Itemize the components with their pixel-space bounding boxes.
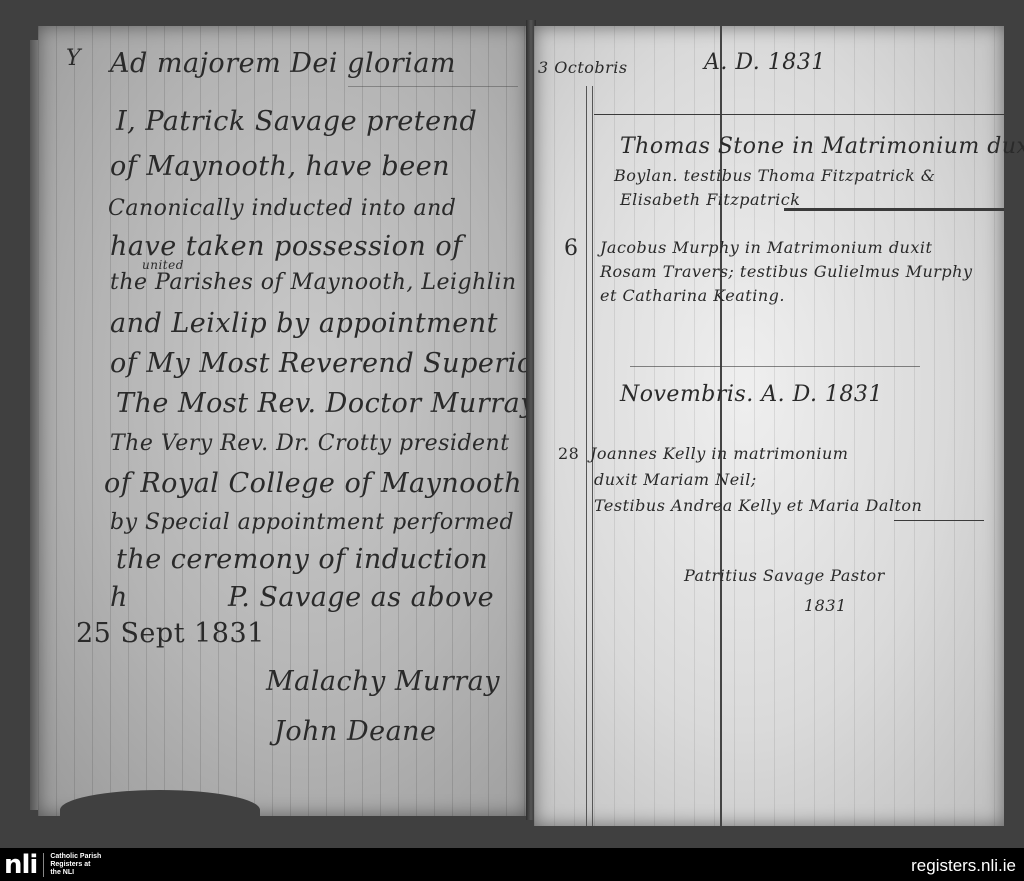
- image-viewer[interactable]: Y Ad majorem Dei gloriam I, Patrick Sava…: [0, 0, 1024, 848]
- page-shadow: [60, 790, 260, 830]
- text-line: I, Patrick Savage pretend: [116, 106, 477, 137]
- signature-mark: h: [110, 582, 128, 613]
- text-line: The Most Rev. Doctor Murray,: [116, 388, 542, 419]
- entry-day: 28: [558, 444, 579, 463]
- logo-text-line: Registers at: [50, 861, 110, 869]
- entry-line: et Catharina Keating.: [600, 286, 785, 305]
- logo-text-line: the NLI: [50, 869, 110, 877]
- left-page: Y Ad majorem Dei gloriam I, Patrick Sava…: [38, 26, 528, 816]
- entry-line: Elisabeth Fitzpatrick: [620, 190, 800, 209]
- heading-line: Ad majorem Dei gloriam: [110, 48, 456, 79]
- entry-date: 25 Sept 1831: [76, 618, 265, 649]
- nli-logo-mark: nli: [4, 852, 37, 878]
- margin-mark: Y: [66, 46, 81, 71]
- header-date: 3 Octobris: [538, 58, 628, 77]
- margin-rule: [586, 86, 587, 826]
- entry-line: Boylan. testibus Thoma Fitzpatrick &: [614, 166, 936, 185]
- entry-end-rule: [784, 208, 1004, 211]
- text-line: The Very Rev. Dr. Crotty president: [110, 431, 510, 456]
- text-line: Canonically inducted into and: [108, 196, 456, 221]
- nli-logo[interactable]: nli Catholic Parish Registers at the NLI: [4, 852, 110, 878]
- entry-end-rule: [894, 520, 984, 521]
- right-page: 3 Octobris A. D. 1831 Thomas Stone in Ma…: [534, 26, 1004, 826]
- entry-line: Testibus Andrea Kelly et Maria Dalton: [594, 496, 922, 515]
- text-line: of My Most Reverend Superior: [110, 348, 547, 379]
- entry-line: Rosam Travers; testibus Gulielmus Murphy: [600, 262, 973, 281]
- logo-text-line: Catholic Parish: [50, 853, 110, 861]
- nli-logo-text: Catholic Parish Registers at the NLI: [50, 853, 110, 877]
- footer-bar: nli Catholic Parish Registers at the NLI…: [0, 848, 1024, 881]
- entry-day: 6: [564, 236, 579, 261]
- header-year: A. D. 1831: [704, 50, 826, 75]
- text-line: and Leixlip by appointment: [110, 308, 498, 339]
- text-line: by Special appointment performed: [110, 510, 514, 535]
- divider: [630, 366, 920, 367]
- entry-line: duxit Mariam Neil;: [594, 470, 757, 489]
- divider: [594, 114, 1004, 115]
- signature-line: P. Savage as above: [228, 582, 494, 613]
- logo-divider: [43, 853, 44, 877]
- witness-signature: John Deane: [274, 716, 437, 747]
- entry-line: Jacobus Murphy in Matrimonium duxit: [600, 238, 932, 257]
- text-line: the Parishes of Maynooth, Leighlin: [110, 270, 517, 295]
- section-header: Novembris. A. D. 1831: [620, 382, 883, 407]
- text-line: of Royal College of Maynooth: [104, 468, 522, 499]
- closing-signature: Patritius Savage Pastor: [684, 566, 885, 585]
- text-line: of Maynooth, have been: [110, 151, 450, 182]
- entry-line: Joannes Kelly in matrimonium: [590, 444, 848, 463]
- text-line: the ceremony of induction: [116, 544, 488, 575]
- divider: [348, 86, 518, 87]
- closing-year: 1831: [804, 596, 847, 615]
- witness-signature: Malachy Murray: [266, 666, 500, 697]
- entry-line: Thomas Stone in Matrimonium duxit Mariam: [620, 134, 1024, 159]
- site-link[interactable]: registers.nli.ie: [911, 856, 1016, 876]
